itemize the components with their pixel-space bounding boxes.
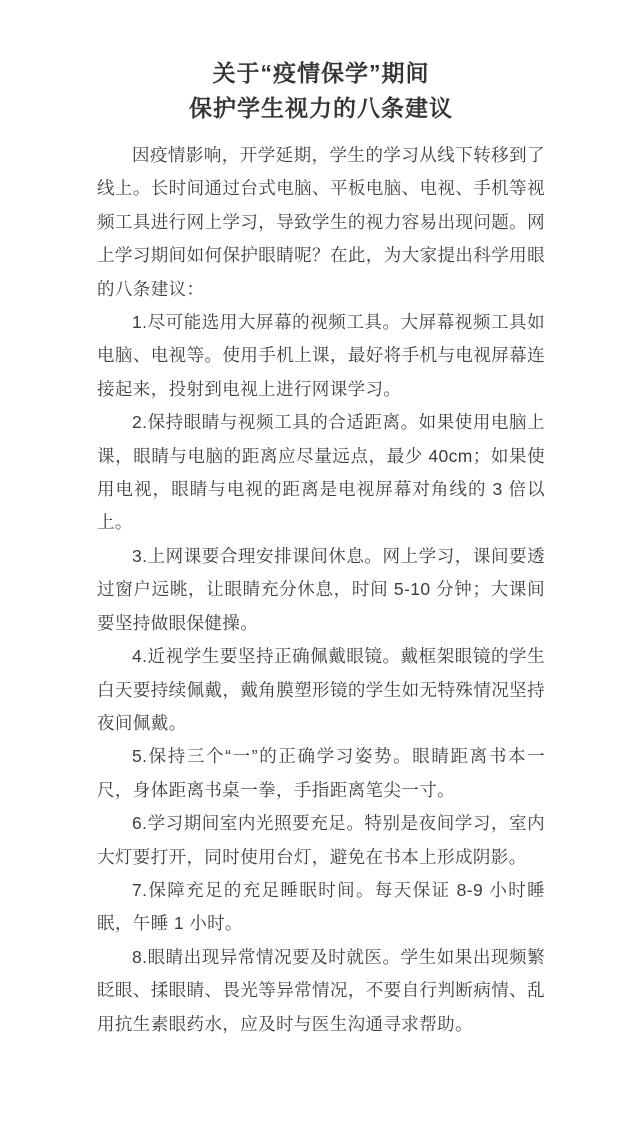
tip-paragraph-7: 7.保障充足的充足睡眠时间。每天保证 8-9 小时睡眠，午睡 1 小时。 xyxy=(97,874,545,941)
tip-paragraph-6: 6.学习期间室内光照要充足。特别是夜间学习，室内大灯要打开，同时使用台灯，避免在… xyxy=(97,807,545,874)
title-line-2: 保护学生视力的八条建议 xyxy=(97,91,545,126)
document-body: 因疫情影响，开学延期，学生的学习从线下转移到了线上。长时间通过台式电脑、平板电脑… xyxy=(97,139,545,1041)
title-line-1: 关于“疫情保学”期间 xyxy=(97,56,545,91)
document-title: 关于“疫情保学”期间 保护学生视力的八条建议 xyxy=(97,56,545,126)
tip-paragraph-8: 8.眼睛出现异常情况要及时就医。学生如果出现频繁眨眼、揉眼睛、畏光等异常情况，不… xyxy=(97,941,545,1041)
tip-paragraph-1: 1.尽可能选用大屏幕的视频工具。大屏幕视频工具如电脑、电视等。使用手机上课，最好… xyxy=(97,306,545,406)
intro-paragraph: 因疫情影响，开学延期，学生的学习从线下转移到了线上。长时间通过台式电脑、平板电脑… xyxy=(97,139,545,306)
tip-paragraph-4: 4.近视学生要坚持正确佩戴眼镜。戴框架眼镜的学生白天要持续佩戴，戴角膜塑形镜的学… xyxy=(97,640,545,740)
tip-paragraph-2: 2.保持眼睛与视频工具的合适距离。如果使用电脑上课，眼睛与电脑的距离应尽量远点，… xyxy=(97,406,545,540)
document-page: 关于“疫情保学”期间 保护学生视力的八条建议 因疫情影响，开学延期，学生的学习从… xyxy=(0,0,640,1138)
tip-paragraph-3: 3.上网课要合理安排课间休息。网上学习，课间要透过窗户远眺，让眼睛充分休息，时间… xyxy=(97,540,545,640)
tip-paragraph-5: 5.保持三个“一”的正确学习姿势。眼睛距离书本一尺，身体距离书桌一拳，手指距离笔… xyxy=(97,740,545,807)
